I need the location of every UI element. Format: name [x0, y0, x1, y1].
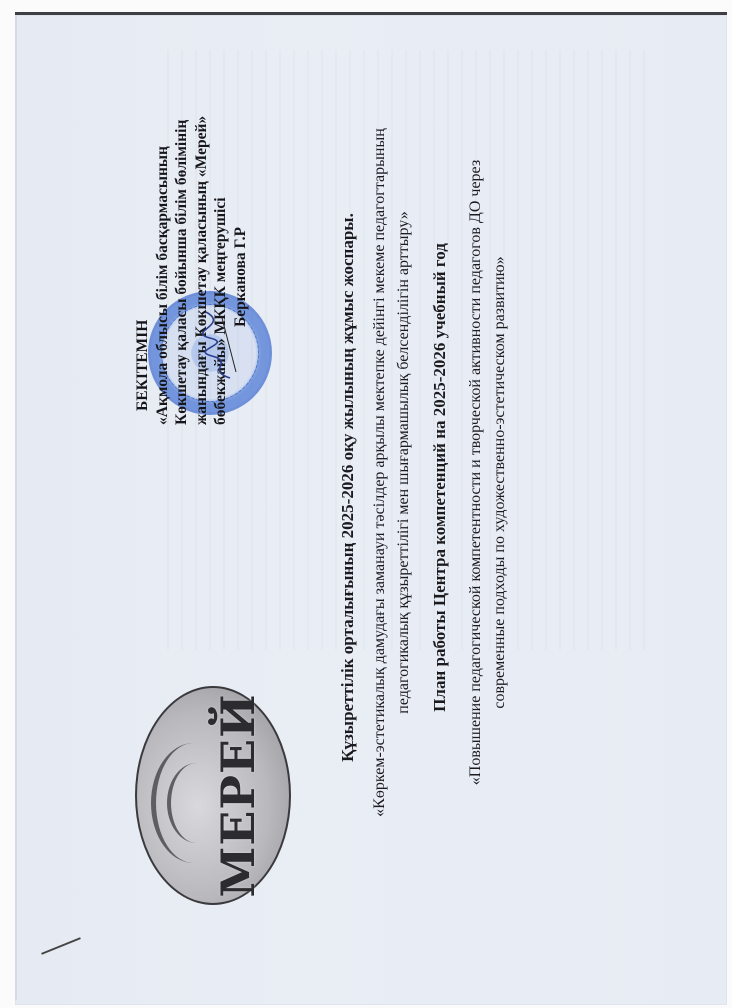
subtitle-kazakh-line-1: «Көркем-эстетикалық дамудағы заманауи тә… [371, 0, 389, 965]
rotated-content: МЕРЕЙ БЕКІТЕМІН «Ақмола облысы білім бас… [15, 15, 727, 1000]
title-kazakh: Құзыреттілік орталығының 2025-2026 оқу ж… [338, 0, 358, 980]
approval-line: Көкшетау қаласы бойынша білім бөлімінің [172, 65, 192, 425]
subtitle-russian-line-1: «Повышение педагогической компетентности… [467, 0, 485, 965]
title-russian: План работы Центра компетенций на 2025-2… [430, 0, 450, 970]
merey-logo: МЕРЕЙ [135, 686, 291, 905]
approval-heading: БЕКІТЕМІН [133, 65, 153, 425]
subtitle-kazakh-line-2: педагогикалық құзыреттілігі мен шығармаш… [395, 0, 413, 955]
logo-arc-icon [167, 763, 226, 843]
approval-line: «Ақмола облысы білім басқармасының [153, 65, 173, 425]
signature-icon [200, 310, 240, 380]
subtitle-russian-line-2: современные подходы по художественно-эст… [491, 0, 509, 975]
